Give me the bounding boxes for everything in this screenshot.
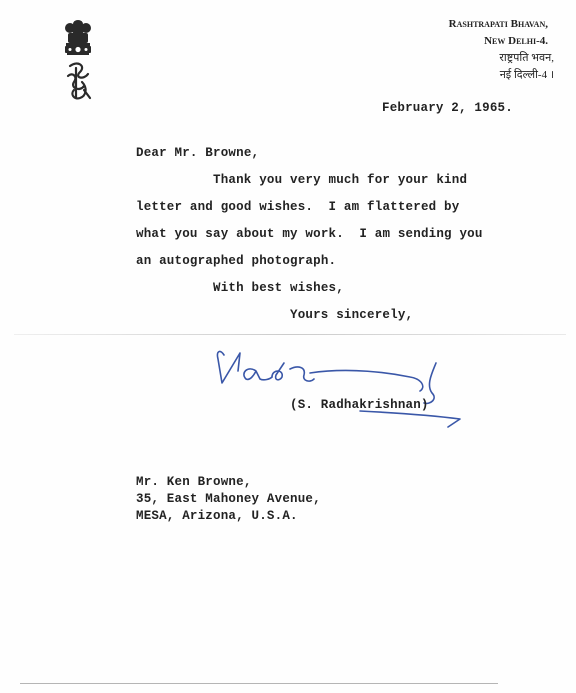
paper-fold-line — [14, 334, 566, 335]
national-emblem-icon — [58, 18, 98, 106]
body-line: Thank you very much for your kind — [213, 173, 467, 187]
page-bottom-edge — [20, 683, 498, 684]
handwritten-signature — [210, 343, 480, 438]
letterhead-address: Rashtrapati Bhavan, New Delhi-4. राष्ट्र… — [449, 16, 554, 84]
salutation: Dear Mr. Browne, — [136, 146, 259, 160]
letterhead-line: Rashtrapati Bhavan, — [449, 16, 554, 33]
recipient-address-line: MESA, Arizona, U.S.A. — [136, 509, 298, 523]
recipient-address-line: Mr. Ken Browne, — [136, 475, 252, 489]
signatory-name: (S. Radhakrishnan) — [290, 398, 429, 412]
letterhead-line-hindi: राष्ट्रपति भवन, — [449, 50, 554, 67]
letterhead-line: New Delhi-4. — [449, 33, 554, 50]
letterhead-line-hindi: नई दिल्ली-4 । — [449, 67, 554, 84]
valediction: Yours sincerely, — [290, 308, 413, 322]
recipient-address-line: 35, East Mahoney Avenue, — [136, 492, 321, 506]
letter-date: February 2, 1965. — [382, 101, 513, 115]
body-line: what you say about my work. I am sending… — [136, 227, 483, 241]
body-line: an autographed photograph. — [136, 254, 336, 268]
letter-page: Rashtrapati Bhavan, New Delhi-4. राष्ट्र… — [0, 0, 576, 693]
body-line: letter and good wishes. I am flattered b… — [136, 200, 459, 214]
closing-line: With best wishes, — [213, 281, 344, 295]
